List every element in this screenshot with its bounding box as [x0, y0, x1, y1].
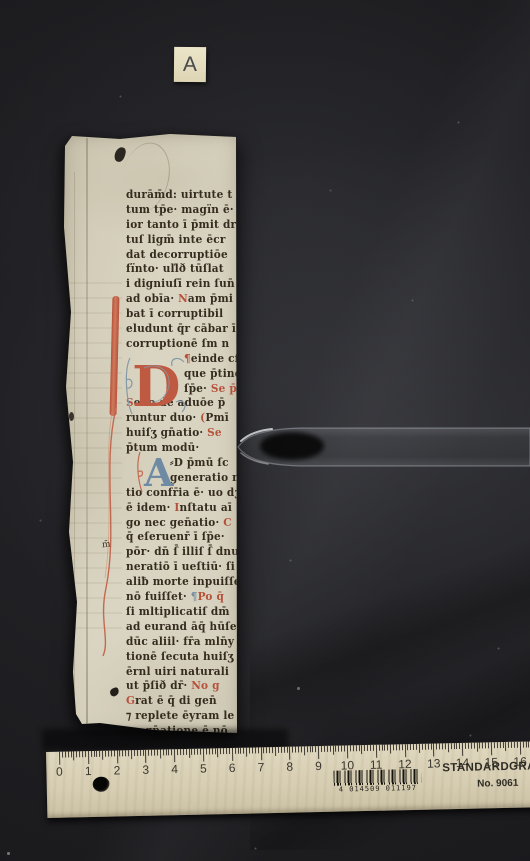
ruler-tick	[356, 745, 357, 751]
ruler-tick	[220, 748, 221, 754]
ruler-tick	[203, 749, 204, 762]
marginal-note: m̄	[102, 540, 112, 551]
ruler-tick	[238, 748, 239, 754]
ruler-tick	[390, 744, 391, 753]
ruler-tick	[65, 752, 66, 758]
ruler-tick	[315, 746, 316, 752]
ruler-tick	[252, 747, 253, 753]
ruler-tick	[99, 751, 100, 757]
ink-blot	[69, 412, 74, 421]
manuscript-line: ſi mltiplicatiſ dm̄	[126, 605, 244, 621]
ruler-tick	[62, 752, 63, 758]
ruler-tick	[410, 744, 411, 750]
ruler-tick	[523, 742, 524, 748]
ruler-tick	[525, 742, 526, 748]
ruler-tick	[344, 745, 345, 751]
ruler-tick	[91, 751, 92, 757]
manuscript-line: q̄ eſeruenr̄ ī ſp̄e·	[126, 530, 244, 546]
manuscript-line: ior tanto ī p̄mit dr	[126, 217, 244, 233]
ruler-tick	[405, 744, 406, 757]
manuscript-line: huiſʒ gn̄atio· Se	[126, 426, 244, 442]
ruler-tick	[367, 745, 368, 751]
ruler-tick	[433, 744, 434, 757]
ruler-tick	[347, 745, 348, 758]
ruler-tick	[474, 743, 475, 749]
manuscript-line: neratiō ī ueſtiū· ſi	[126, 560, 244, 576]
ruler-tick	[511, 742, 512, 748]
ruler-tick	[177, 749, 178, 755]
ruler-tick	[350, 745, 351, 751]
ruler-tick	[281, 747, 282, 753]
ruler-tick	[186, 749, 187, 755]
ruler-tick	[321, 746, 322, 752]
ruler-tick	[212, 748, 213, 754]
label-tile: A	[174, 47, 206, 82]
ruler-tick	[445, 743, 446, 749]
manuscript-line: tuſ ligm̄ inte ēcr	[126, 232, 244, 248]
ruler-tick	[379, 745, 380, 751]
ruler-tick	[333, 746, 334, 755]
ruler-tick	[335, 746, 336, 752]
ruler-tick	[436, 743, 437, 749]
manuscript-line: generatio no	[170, 471, 244, 487]
ruler-tick	[376, 745, 377, 758]
ruler-tick	[209, 748, 210, 754]
ruler-tick	[255, 747, 256, 753]
ruler-tick	[402, 744, 403, 750]
ruler-tick	[68, 752, 69, 758]
ruler-tick	[528, 741, 529, 747]
ruler-tick	[309, 746, 310, 752]
ruler-tick	[194, 749, 195, 755]
manuscript-line: ad obīa· Nam p̄mi	[126, 292, 244, 308]
ruler-tick	[114, 751, 115, 757]
ruler-tick	[85, 751, 86, 757]
ruler-tick	[142, 750, 143, 756]
ruler-tick	[482, 742, 483, 748]
ruler-tick	[304, 746, 305, 755]
manuscript-line: nō fuiſſet· ¶Po q̄	[126, 590, 244, 606]
initial-d: D	[124, 350, 188, 420]
ruler-tick	[341, 746, 342, 752]
barcode: 4 014509 011197	[333, 769, 422, 796]
manuscript-line: ſp̄e· Se p̄	[184, 381, 244, 397]
ruler-tick	[102, 751, 103, 760]
pointer-tip-core	[260, 432, 324, 460]
ruler-number: 3	[142, 763, 149, 777]
ruler-tick	[485, 742, 486, 748]
ruler-tick	[246, 748, 247, 757]
ruler-tick	[275, 747, 276, 756]
ruler-tick	[217, 748, 218, 757]
ruler-tick	[235, 748, 236, 754]
ruler-tick	[266, 747, 267, 753]
ruler-tick	[520, 742, 521, 755]
ruler-number: 1	[85, 764, 92, 778]
manuscript-line: Grat ē q̄ di gen̄	[126, 694, 244, 710]
ruler-tick	[145, 750, 146, 763]
ruler-tick	[284, 747, 285, 753]
ruler-tick	[295, 747, 296, 753]
ruler-number: 4	[171, 762, 178, 776]
label-tile-letter: A	[183, 52, 197, 76]
ruler-tick	[174, 749, 175, 762]
ruler-tick	[278, 747, 279, 753]
ruler-number: 6	[229, 761, 236, 775]
ruler-tick	[105, 751, 106, 757]
ruler-tick	[96, 751, 97, 757]
ruler-tick	[171, 749, 172, 755]
ruler-tick	[292, 747, 293, 753]
manuscript-line: dūc aliil· fr̄a mln̄y	[126, 634, 244, 650]
ruler-tick	[327, 746, 328, 752]
ruler-tick	[462, 743, 463, 756]
ruler-tick	[154, 750, 155, 756]
ruler-tick	[491, 742, 492, 755]
ruler-tick	[134, 750, 135, 756]
ruler-tick	[422, 744, 423, 750]
manuscript-line: fïnto· uľlð tūſlat	[126, 262, 244, 278]
ruler-tick	[514, 742, 515, 748]
ruler-tick	[381, 745, 382, 751]
ruler-tick	[468, 743, 469, 749]
ink-blot	[109, 687, 120, 698]
initial-d-letter: D	[132, 354, 181, 420]
ruler-tick	[419, 744, 420, 753]
barcode-digits: 4 014509 011197	[334, 784, 422, 794]
ruler-tick	[289, 747, 290, 760]
ruler-tick	[108, 751, 109, 757]
manuscript-line: aliƀ morte inpuiſſe	[126, 575, 244, 591]
initial-a: A	[136, 448, 178, 496]
ruler-tick	[471, 743, 472, 749]
manuscript-line: i digniuſī rein ſun̄	[126, 277, 244, 293]
ruler-tick	[128, 750, 129, 756]
ruler-tick	[307, 746, 308, 752]
ruler-number: 5	[200, 761, 207, 775]
ruler-tick	[517, 742, 518, 748]
ruler-tick	[82, 751, 83, 757]
manuscript-line: tum tp̄e· magïn ē· n	[126, 203, 244, 219]
ruler-tick	[131, 750, 132, 759]
ruler-tick	[439, 743, 440, 749]
ruler-tick	[358, 745, 359, 751]
ruler-tick	[497, 742, 498, 748]
manuscript-line: ērnl uiri naturali	[126, 664, 244, 680]
manuscript-line: ⁊ replete ēyram le	[126, 709, 244, 725]
manuscript-line: que p̄tineū	[184, 366, 244, 382]
ruler-tick	[416, 744, 417, 750]
ruler-tick	[111, 751, 112, 757]
ruler-tick	[286, 747, 287, 753]
manuscript-line: tionē ſecuta huiſʒ d	[126, 649, 244, 665]
ruler-tick	[59, 752, 60, 765]
ruler-tick	[214, 748, 215, 754]
ruler-tick	[384, 745, 385, 751]
ruler-tick	[206, 748, 207, 754]
ruler-tick	[364, 745, 365, 751]
ruler-tick	[137, 750, 138, 756]
ruler-tick	[157, 750, 158, 756]
ruler-tick	[272, 747, 273, 753]
ruler-tick	[428, 744, 429, 750]
manuscript-line: ē idem· Inſtatu aī	[126, 500, 244, 516]
ruler-tick	[425, 744, 426, 750]
manuscript-line: dat decorruptiōe	[126, 247, 244, 263]
ruler-tick	[73, 751, 74, 760]
red-descender-flourish	[94, 408, 126, 658]
ruler-tick	[140, 750, 141, 756]
ruler-number: 7	[257, 760, 264, 774]
ruler-tick	[200, 749, 201, 755]
ruler-tick	[430, 744, 431, 750]
initial-a-letter: A	[143, 450, 174, 495]
ruler: 012345678910111213141516 4 014509 011197…	[46, 740, 530, 818]
ruler-tick	[125, 750, 126, 756]
ruler-tick	[451, 743, 452, 749]
ruler-tick	[373, 745, 374, 751]
ruler-tick	[393, 744, 394, 750]
ruler-tick	[312, 746, 313, 752]
ruler-tick	[500, 742, 501, 748]
manuscript-line: ad eurand āq̄ hūſe	[126, 619, 244, 635]
ruler-tick	[160, 749, 161, 758]
ruler-tick	[243, 748, 244, 754]
ruler-tick	[117, 750, 118, 763]
ruler-tick	[263, 747, 264, 753]
ruler-tick	[330, 746, 331, 752]
ruler-tick	[163, 749, 164, 755]
ruler-tick	[191, 749, 192, 755]
ruler-tick	[448, 743, 449, 752]
manuscript-fragment: durām̄d: uirtute ttum tp̄e· magïn ē· nio…	[60, 132, 241, 738]
ruler-tick	[168, 749, 169, 755]
ruler-tick	[301, 746, 302, 752]
fold-crease	[74, 172, 75, 712]
pointer-rod	[228, 420, 530, 472]
ruler-tick	[387, 745, 388, 751]
ruler-tick	[232, 748, 233, 761]
ruler-tick	[258, 747, 259, 753]
ruler-tick	[318, 746, 319, 759]
ruler-tick	[399, 744, 400, 750]
ruler-number: 8	[286, 760, 293, 774]
ruler-tick	[269, 747, 270, 753]
ruler-tick	[370, 745, 371, 751]
ruler-tick	[148, 750, 149, 756]
ruler-tick	[261, 747, 262, 760]
ruler-tick	[508, 742, 509, 748]
manuscript-line: ¶einde cſi	[184, 351, 244, 367]
manuscript-line: bat ī corruptibil	[126, 307, 244, 323]
ruler-tick	[413, 744, 414, 750]
manuscript-line: pōr· dn̄ ſ̄ illiſ ſ̄ dnu	[126, 545, 244, 561]
ruler-tick	[396, 744, 397, 750]
ruler-tick	[505, 742, 506, 751]
ruler-tick	[119, 750, 120, 756]
ruler-tick	[442, 743, 443, 749]
manuscript-line: eludunt q̄r cābar ī	[126, 322, 244, 338]
ruler-tick	[151, 750, 152, 756]
ruler-tick	[324, 746, 325, 752]
dust-specks	[0, 0, 1, 1]
ruler-number: 9	[315, 759, 322, 773]
ruler-tick	[249, 748, 250, 754]
ruler-number: 0	[56, 765, 63, 779]
ruler-hole	[93, 777, 110, 792]
ruler-tick	[226, 748, 227, 754]
ruler-tick	[502, 742, 503, 748]
ruler-tick	[476, 743, 477, 752]
ruler-tick	[229, 748, 230, 754]
ruler-model-number: No. 9061	[435, 777, 530, 791]
ruler-tick	[88, 751, 89, 764]
ruler-tick	[488, 742, 489, 748]
ruler-tick	[353, 745, 354, 751]
ruler-tick	[94, 751, 95, 757]
ruler-tick	[298, 746, 299, 752]
ruler-tick	[479, 743, 480, 749]
ruler-tick	[76, 751, 77, 757]
ruler-tick	[456, 743, 457, 749]
ruler-tick	[459, 743, 460, 749]
manuscript-line: go nec gen̄atio· C	[126, 515, 244, 531]
ruler-tick	[197, 749, 198, 755]
ruler-tick	[183, 749, 184, 755]
ruler-tick	[180, 749, 181, 755]
ruler-tick	[361, 745, 362, 754]
ruler-tick	[338, 746, 339, 752]
ruler-tick	[465, 743, 466, 749]
wormhole-mark	[113, 146, 127, 163]
ruler-tick	[240, 748, 241, 754]
manuscript-line: durām̄d: uirtute t	[126, 188, 244, 204]
ruler-tick	[71, 751, 72, 757]
ruler-tick	[79, 751, 80, 757]
fold-crease	[86, 138, 88, 732]
ruler-brand: STANDARDGRAPH	[434, 760, 530, 775]
ruler-tick	[494, 742, 495, 748]
ruler-tick	[189, 749, 190, 758]
ruler-tick	[453, 743, 454, 749]
ruler-tick	[122, 750, 123, 756]
ruler-tick	[223, 748, 224, 754]
ruler-tick	[407, 744, 408, 750]
ruler-tick	[166, 749, 167, 755]
manuscript-line: ut p̄ſið dr̄· No g	[126, 679, 244, 695]
ruler-number: 2	[114, 763, 121, 777]
parchment: durām̄d: uirtute ttum tp̄e· magïn ē· nio…	[60, 132, 241, 738]
